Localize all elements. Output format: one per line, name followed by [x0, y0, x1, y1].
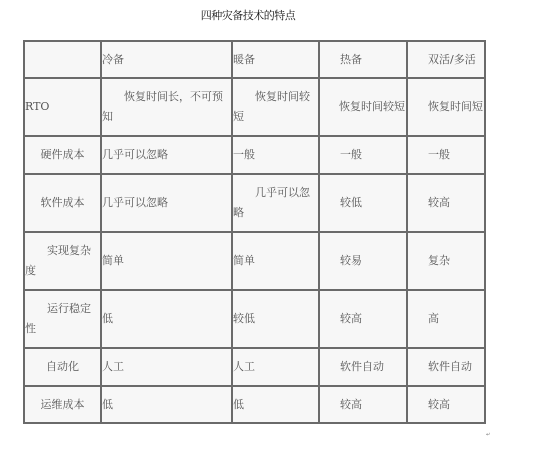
cell-hardware-active: 一般 [407, 136, 485, 174]
table-row-automation: 自动化 人工 人工 软件自动 软件自动 [24, 348, 485, 386]
cell-hardware-hot: 一般 [319, 136, 407, 174]
header-cell-active-active: 双活/多活 [407, 41, 485, 78]
disaster-recovery-comparison-table: 冷备 暖备 热备 双活/多活 RTO 恢复时间长，不可预知 恢复时间较短 恢复时… [23, 40, 486, 424]
paragraph-mark-icon: ↵ [486, 432, 490, 438]
cell-automation-active: 软件自动 [407, 348, 485, 386]
cell-automation-hot: 软件自动 [319, 348, 407, 386]
table-row-stability: 运行稳定性 低 较低 较高 高 [24, 290, 485, 348]
cell-software-active: 较高 [407, 174, 485, 232]
cell-ops-warm: 低 [232, 386, 319, 423]
cell-ops-active: 较高 [407, 386, 485, 423]
table-row-software-cost: 软件成本 几乎可以忽略 几乎可以忽略 较低 较高 [24, 174, 485, 232]
row-label-hardware-cost: 硬件成本 [24, 136, 101, 174]
document-title: 四种灾备技术的特点 [0, 7, 496, 23]
row-label-ops-cost: 运维成本 [24, 386, 101, 423]
cell-ops-cold: 低 [101, 386, 232, 423]
table-row-complexity: 实现复杂度 简单 简单 较易 复杂 [24, 232, 485, 290]
cell-stability-warm: 较低 [232, 290, 319, 348]
cell-stability-hot: 较高 [319, 290, 407, 348]
cell-automation-warm: 人工 [232, 348, 319, 386]
row-label-stability: 运行稳定性 [24, 290, 101, 348]
cell-complexity-cold: 简单 [101, 232, 232, 290]
cell-hardware-warm: 一般 [232, 136, 319, 174]
cell-stability-active: 高 [407, 290, 485, 348]
cell-automation-cold: 人工 [101, 348, 232, 386]
cell-software-warm: 几乎可以忽略 [232, 174, 319, 232]
cell-rto-hot: 恢复时间较短 [319, 78, 407, 136]
cell-hardware-cold: 几乎可以忽略 [101, 136, 232, 174]
table-row-hardware-cost: 硬件成本 几乎可以忽略 一般 一般 一般 [24, 136, 485, 174]
header-cell-warm-standby: 暖备 [232, 41, 319, 78]
cell-complexity-hot: 较易 [319, 232, 407, 290]
header-cell-hot-standby: 热备 [319, 41, 407, 78]
cell-rto-active: 恢复时间短 [407, 78, 485, 136]
cell-software-cold: 几乎可以忽略 [101, 174, 232, 232]
table-row-rto: RTO 恢复时间长，不可预知 恢复时间较短 恢复时间较短 恢复时间短 [24, 78, 485, 136]
table-row-ops-cost: 运维成本 低 低 较高 较高 [24, 386, 485, 423]
row-label-software-cost: 软件成本 [24, 174, 101, 232]
cell-software-hot: 较低 [319, 174, 407, 232]
cell-rto-cold: 恢复时间长，不可预知 [101, 78, 232, 136]
cell-stability-cold: 低 [101, 290, 232, 348]
header-cell-empty [24, 41, 101, 78]
row-label-rto: RTO [24, 78, 101, 136]
cell-ops-hot: 较高 [319, 386, 407, 423]
document-page: 四种灾备技术的特点 冷备 暖备 热备 双活/多活 RTO 恢复时间长，不可预知 … [0, 0, 545, 454]
cell-complexity-warm: 简单 [232, 232, 319, 290]
cell-complexity-active: 复杂 [407, 232, 485, 290]
cell-rto-warm: 恢复时间较短 [232, 78, 319, 136]
header-cell-cold-standby: 冷备 [101, 41, 232, 78]
row-label-complexity: 实现复杂度 [24, 232, 101, 290]
table-header-row: 冷备 暖备 热备 双活/多活 [24, 41, 485, 78]
row-label-automation: 自动化 [24, 348, 101, 386]
